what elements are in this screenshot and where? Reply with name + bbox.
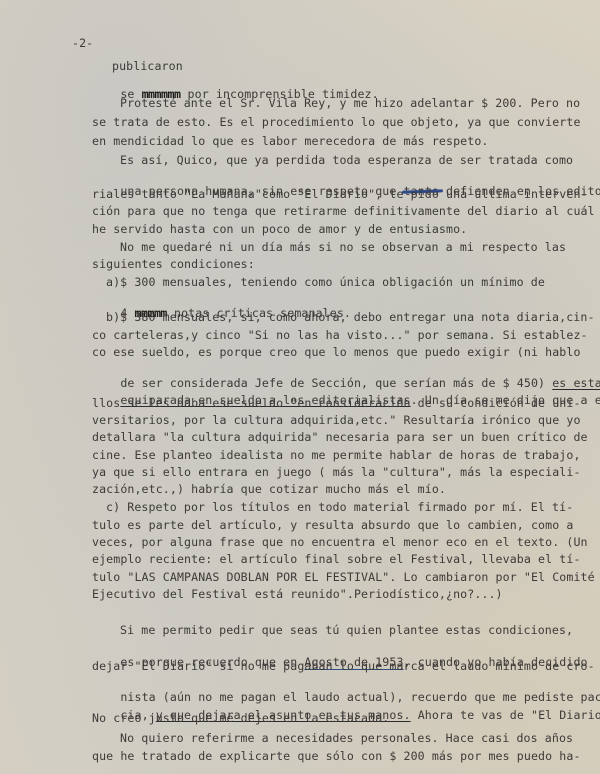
text-line: Es así, Quico, que ya perdida toda esper… — [120, 153, 573, 167]
text-line: Si me permito pedir que seas tú quien pl… — [120, 623, 573, 637]
text-line: se trata de esto. Es el procedimiento lo… — [92, 115, 581, 129]
text-line: cine. Ese planteo idealista no me permit… — [92, 448, 581, 462]
text-line: he servido hasta con un poco de amor y d… — [92, 222, 467, 236]
text-line: Ejecutivo del Festival está reunido".Per… — [92, 587, 503, 601]
text-line: ya que si ello entrara en juego ( más la… — [92, 465, 581, 479]
text-line: c) Respeto por los títulos en todo mater… — [106, 500, 573, 514]
text-line: Protesté ante el Sr. Vila Rey, y me hizo… — [120, 96, 580, 110]
text-line: ejemplo reciente: el artículo final sobr… — [92, 552, 581, 566]
text-line: que he tratado de explicarte que sólo co… — [92, 749, 581, 763]
text-line: siguientes condiciones: — [92, 257, 255, 271]
text-line: ción para que no tenga que retirarme def… — [92, 204, 595, 218]
text-line: llos se les daba ese sueldo "en consider… — [92, 396, 581, 410]
text-line: veces, por alguna frase que no encuentra… — [92, 535, 588, 549]
text-line: b)$ 380 mensuales, si, como ahora, debo … — [106, 310, 595, 324]
text-segment: Ahora te vas de "El Diario". — [411, 708, 600, 722]
text-line: co ese sueldo, es porque creo que lo men… — [92, 345, 581, 359]
page-number: -2- — [72, 36, 93, 50]
text-line: tulo es parte del artículo, y resulta ab… — [92, 518, 573, 532]
text-line: No quiero referirme a necesidades person… — [120, 731, 573, 745]
text-line: versitarios, por la cultura adquirida,et… — [92, 413, 581, 427]
typewritten-letter-page: -2- publicaron se mmmmmm por incomprensi… — [0, 0, 600, 774]
text-line: No me quedaré ni un día más si no se obs… — [120, 240, 566, 254]
text-line: a)$ 300 mensuales, teniendo como única o… — [106, 275, 545, 289]
text-line: tulo "LAS CAMPANAS DOBLAN POR EL FESTIVA… — [92, 570, 595, 584]
text-line: co carteleras,y cinco "Si no las ha vist… — [92, 328, 588, 342]
text-line: No creo justo que me dejes en la estacad… — [92, 711, 389, 725]
text-line: detallara "la cultura adquirida" necesar… — [92, 430, 588, 444]
handwritten-insertion: publicaron — [112, 59, 183, 73]
text-line: en mendicidad lo que es labor merecedora… — [92, 134, 488, 148]
text-line: dejar "El Diario" si no me pagaban lo qu… — [92, 659, 595, 673]
text-line: riales tanto "La Mañana"como "El Diario"… — [92, 187, 588, 201]
text-line: zación,etc.,) habría que cotizar mucho m… — [92, 482, 446, 496]
